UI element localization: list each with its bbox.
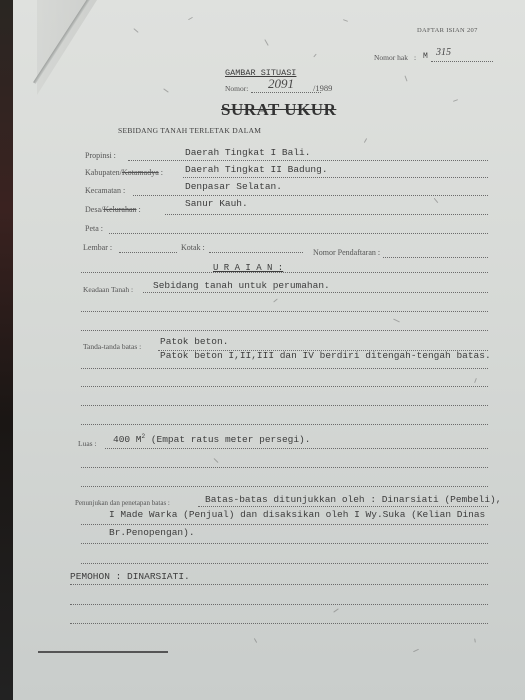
form-code: DAFTAR ISIAN 207: [417, 27, 478, 34]
folded-corner: [37, 0, 97, 95]
tanda-batas-line-1: Patok beton.: [160, 336, 228, 347]
gs-nomor-label: Nomor:: [225, 84, 248, 93]
penunjukan-line-3: Br.Penopengan).: [109, 527, 195, 538]
gs-year: /1989: [313, 83, 332, 93]
desa-label: Desa/Kelurahan :: [85, 205, 141, 214]
kotak-label: Kotak :: [181, 243, 205, 252]
nomor-hak-label: Nomor hak: [374, 53, 408, 62]
tanda-batas-line-2: Patok beton I,II,III dan IV berdiri dite…: [160, 350, 491, 361]
section-heading: SEBIDANG TANAH TERLETAK DALAM: [118, 126, 261, 135]
kabupaten-label: Kabupaten/Kotamadya :: [85, 168, 163, 177]
propinsi-value: Daerah Tingkat I Bali.: [185, 147, 310, 158]
keadaan-tanah-value: Sebidang tanah untuk perumahan.: [153, 280, 330, 291]
tanda-batas-label: Tanda-tanda batas :: [83, 342, 141, 351]
desa-value: Sanur Kauh.: [185, 198, 248, 209]
kabupaten-value: Daerah Tingkat II Badung.: [185, 164, 328, 175]
pemohon: PEMOHON : DINARSIATI.: [70, 571, 190, 582]
nomor-hak-prefix: M: [423, 52, 428, 61]
peta-label: Peta :: [85, 224, 103, 233]
penunjukan-line-1: Batas-batas ditunjukkan oleh : Dinarsiat…: [205, 494, 501, 505]
propinsi-label: Propinsi :: [85, 151, 116, 160]
keadaan-tanah-label: Keadaan Tanah :: [83, 285, 133, 294]
kecamatan-label: Kecamatan :: [85, 186, 125, 195]
document-page: DAFTAR ISIAN 207 Nomor hak : M 315 GAMBA…: [13, 0, 525, 700]
nomor-hak-value: 315: [436, 47, 451, 58]
main-title: SURAT UKUR: [221, 100, 336, 120]
penunjukan-label: Penunjukan dan penetapan batas :: [75, 499, 170, 507]
nomor-pendaftaran-label: Nomor Pendaftaran :: [313, 248, 380, 257]
photo-background-edge: [0, 0, 14, 700]
penunjukan-line-2: I Made Warka (Penjual) dan disaksikan ol…: [109, 509, 485, 520]
lembar-label: Lembar :: [83, 243, 112, 252]
luas-label: Luas :: [78, 439, 97, 448]
gs-nomor-value: 2091: [268, 76, 294, 92]
kecamatan-value: Denpasar Selatan.: [185, 181, 282, 192]
signature-line: [38, 651, 168, 653]
uraian-heading: U R A I A N :: [213, 263, 283, 273]
luas-value: 400 M2 (Empat ratus meter persegi).: [113, 433, 310, 445]
